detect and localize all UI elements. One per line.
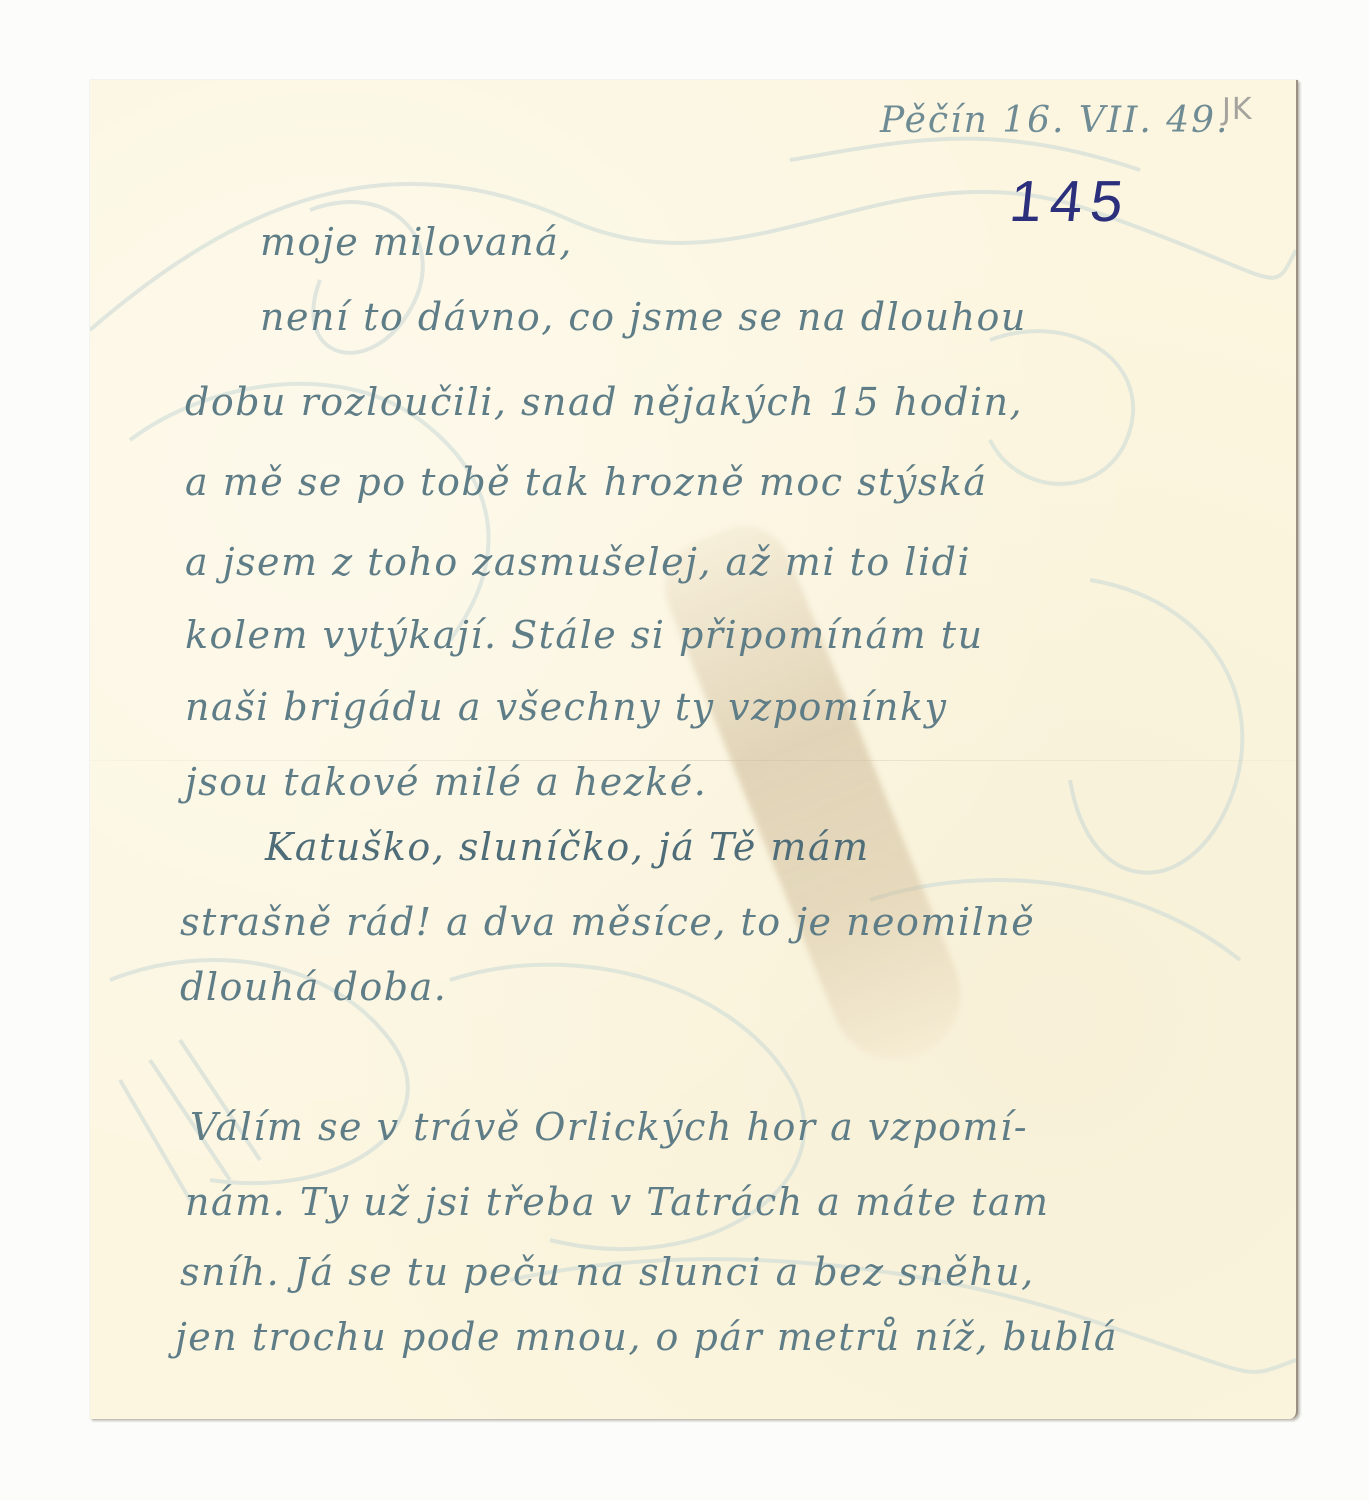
letter-line: naši brigádu a všechny ty vzpomínky (185, 685, 948, 729)
salutation: moje milovaná, (260, 220, 573, 264)
place-and-date: Pěčín 16. VII. 49. (880, 100, 1230, 141)
letter-line: dobu rozloučili, snad nějakých 15 hodin, (185, 380, 1023, 424)
letter-line: kolem vytýkají. Stále si připomínám tu (185, 613, 984, 657)
letter-line: dlouhá doba. (180, 965, 447, 1009)
letter-line: jen trochu pode mnou, o pár metrů níž, b… (175, 1315, 1118, 1359)
scanned-page: Pěčín 16. VII. 49. JK 145 moje milovaná,… (0, 0, 1369, 1500)
letter-line: a mě se po tobě tak hrozně moc stýská (185, 460, 988, 504)
letter-line: Katuško, sluníčko, já Tě mám (265, 825, 870, 869)
letter-line: Válím se v trávě Orlických hor a vzpomí- (190, 1105, 1028, 1149)
letter-line: jsou takové milé a hezké. (185, 760, 707, 804)
letter-paper: Pěčín 16. VII. 49. JK 145 moje milovaná,… (90, 80, 1298, 1419)
letter-line: není to dávno, co jsme se na dlouhou (260, 295, 1027, 339)
letter-line: sníh. Já se tu peču na slunci a bez sněh… (180, 1250, 1035, 1294)
archive-number: 145 (1006, 168, 1134, 235)
letter-line: a jsem z toho zasmušelej, až mi to lidi (185, 540, 971, 584)
letter-line: nám. Ty už jsi třeba v Tatrách a máte ta… (185, 1180, 1050, 1224)
archive-initials: JK (1222, 92, 1253, 127)
letter-line: strašně rád! a dva měsíce, to je neomiln… (180, 900, 1035, 944)
